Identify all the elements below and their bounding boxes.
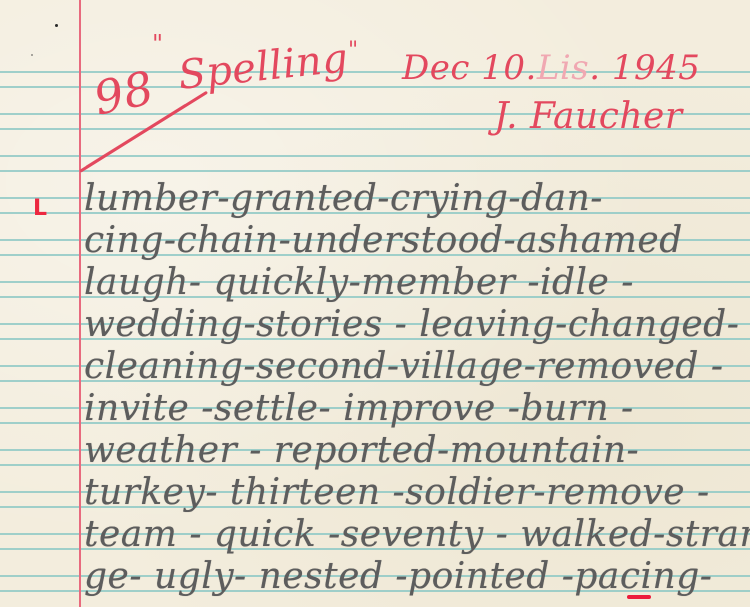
title-close-quote: " xyxy=(348,38,359,63)
date-day: 10. xyxy=(481,48,537,88)
handwritten-line: team - quick -seventy - walked-stran- xyxy=(84,514,750,556)
ruled-line xyxy=(0,155,750,157)
handwritten-line: laugh- quickly-member -idle - xyxy=(84,262,750,304)
margin-mark: L xyxy=(33,196,47,221)
handwritten-line: invite -settle- improve -burn - xyxy=(84,388,750,430)
paper-speck xyxy=(55,24,58,27)
red-margin-line xyxy=(79,0,81,607)
handwritten-line: cing-chain-understood-ashamed xyxy=(84,220,750,262)
handwritten-line: wedding-stories - leaving-changed- xyxy=(84,304,750,346)
author-name: J. Faucher xyxy=(494,96,683,137)
date-month: Dec xyxy=(402,48,470,88)
title-open-quote: " xyxy=(152,30,164,58)
page-title: Spelling xyxy=(176,35,350,99)
handwritten-line: ge- ugly- nested -pointed -pacing- xyxy=(84,556,750,598)
spelling-word-list: lumber-granted-crying-dan- cing-chain-un… xyxy=(84,178,750,598)
date: Dec 10.Lis. 1945 xyxy=(402,48,700,88)
handwritten-line: cleaning-second-village-removed - xyxy=(84,346,750,388)
date-year: . 1945 xyxy=(589,48,700,88)
correction-underline xyxy=(627,595,651,599)
paper-speck xyxy=(31,54,33,56)
handwritten-line: weather - reported-mountain- xyxy=(84,430,750,472)
handwritten-line: lumber-granted-crying-dan- xyxy=(84,178,750,220)
handwritten-line: turkey- thirteen -soldier-remove - xyxy=(84,472,750,514)
date-struck-text: Lis xyxy=(537,48,589,88)
ruled-paper-page: 98 " Spelling " Dec 10.Lis. 1945 J. Fauc… xyxy=(0,0,750,607)
grade-score: 98 xyxy=(89,60,158,125)
ruled-line xyxy=(0,170,750,172)
